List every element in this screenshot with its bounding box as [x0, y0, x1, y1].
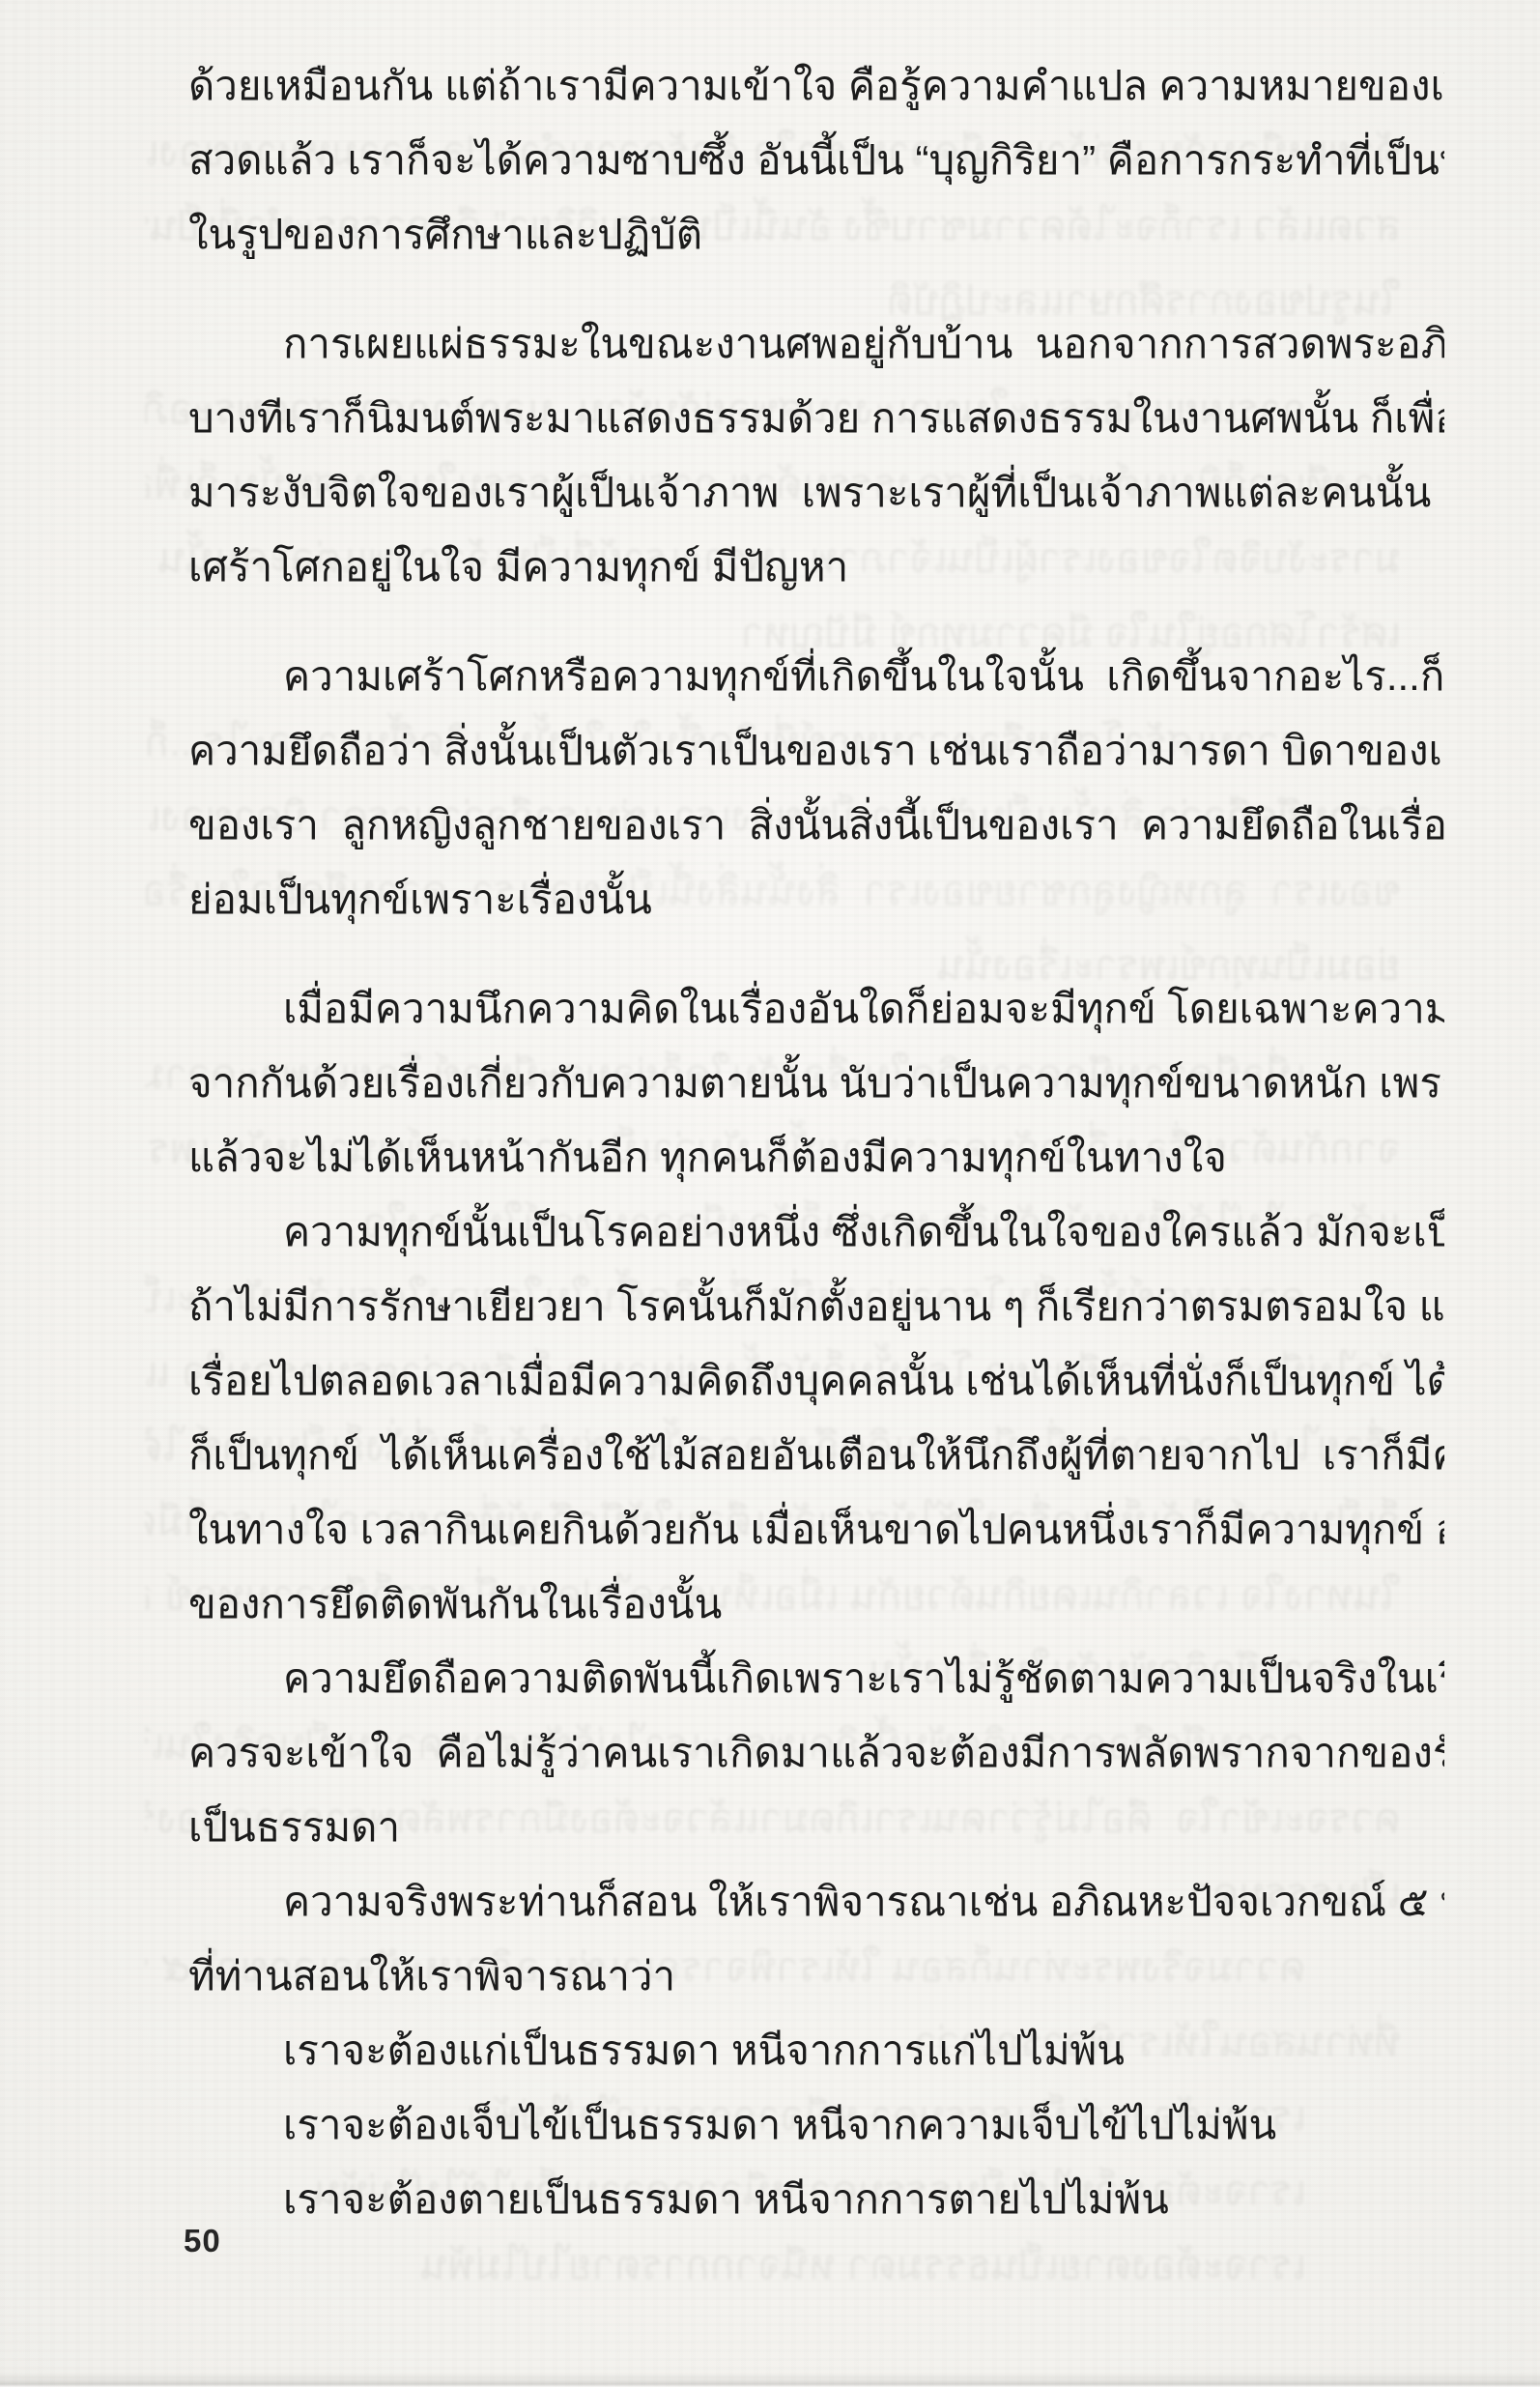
text-line: เศร้าโศกอยู่ในใจ มีความทุกข์ มีปัญหา	[188, 530, 1444, 604]
text-line: ในทางใจ เวลากินเคยกินด้วยกัน เมื่อเห็นขา…	[188, 1492, 1444, 1567]
paragraph: ความทุกข์นั้นเป็นโรคอย่างหนึ่ง ซึ่งเกิดข…	[188, 1194, 1444, 1641]
text-line: การเผยแผ่ธรรมะในขณะงานศพอยู่กับบ้าน นอกจ…	[188, 306, 1444, 381]
paragraph: เราจะต้องตายเป็นธรรมดา หนีจากการตายไปไม่…	[145, 2228, 1401, 2302]
text-line: ด้วยเหมือนกัน แต่ถ้าเรามีความเข้าใจ คือร…	[188, 48, 1444, 123]
paragraph: ความเศร้าโศกหรือความทุกข์ที่เกิดขึ้นในใจ…	[188, 639, 1444, 936]
paragraph: เราจะต้องเจ็บไข้เป็นธรรมดา หนีจากความเจ็…	[188, 2087, 1444, 2162]
text-line: ควรจะเข้าใจ คือไม่รู้ว่าคนเราเกิดมาแล้วจ…	[188, 1715, 1444, 1790]
paragraph: ความยึดถือความติดพันนี้เกิดเพราะเราไม่รู…	[188, 1641, 1444, 1864]
paragraph: เมื่อมีความนึกความคิดในเรื่องอันใดก็ย่อม…	[188, 971, 1444, 1194]
text-line: ความทุกข์นั้นเป็นโรคอย่างหนึ่ง ซึ่งเกิดข…	[188, 1194, 1444, 1269]
text-line: เราจะต้องตายเป็นธรรมดา หนีจากการตายไปไม่…	[188, 2162, 1444, 2236]
paragraph: เราจะต้องตายเป็นธรรมดา หนีจากการตายไปไม่…	[188, 2162, 1444, 2236]
text-line: ของเรา ลูกหญิงลูกชายของเรา สิ่งนั้นสิ่งน…	[188, 788, 1444, 862]
text-line: ความยึดถือความติดพันนี้เกิดเพราะเราไม่รู…	[188, 1641, 1444, 1715]
text-block: ด้วยเหมือนกัน แต่ถ้าเรามีความเข้าใจ คือร…	[188, 48, 1444, 2236]
text-line: ความจริงพระท่านก็สอน ให้เราพิจารณาเช่น อ…	[188, 1864, 1444, 1939]
scan-edge-bottom	[0, 2372, 1540, 2387]
text-line: สวดแล้ว เราก็จะได้ความซาบซึ้ง อันนี้เป็น…	[188, 123, 1444, 197]
text-line: ของการยึดติดพันกันในเรื่องนั้น	[188, 1567, 1444, 1641]
text-line: เราจะต้องเจ็บไข้เป็นธรรมดา หนีจากความเจ็…	[188, 2087, 1444, 2162]
paragraph: ความจริงพระท่านก็สอน ให้เราพิจารณาเช่น อ…	[188, 1864, 1444, 2013]
text-line: แล้วจะไม่ได้เห็นหน้ากันอีก ทุกคนก็ต้องมี…	[188, 1120, 1444, 1194]
text-line: มาระงับจิตใจของเราผู้เป็นเจ้าภาพ เพราะเร…	[188, 455, 1444, 530]
page-number: 50	[184, 2223, 221, 2259]
text-line: ย่อมเป็นทุกข์เพราะเรื่องนั้น	[188, 862, 1444, 936]
text-line: ที่ท่านสอนให้เราพิจารณาว่า	[188, 1939, 1444, 2013]
text-line: ความยึดถือว่า สิ่งนั้นเป็นตัวเราเป็นของเ…	[188, 713, 1444, 788]
text-line: บางทีเราก็นิมนต์พระมาแสดงธรรมด้วย การแสด…	[188, 381, 1444, 455]
text-line: เป็นธรรมดา	[188, 1790, 1444, 1864]
scanned-book-page: ด้วยเหมือนกัน แต่ถ้าเรามีความเข้าใจ คือร…	[0, 0, 1540, 2387]
paragraph: เราจะต้องแก่เป็นธรรมดา หนีจากการแก่ไปไม่…	[188, 2013, 1444, 2087]
text-line: เมื่อมีความนึกความคิดในเรื่องอันใดก็ย่อม…	[188, 971, 1444, 1046]
text-line: ความเศร้าโศกหรือความทุกข์ที่เกิดขึ้นในใจ…	[188, 639, 1444, 713]
text-line: ถ้าไม่มีการรักษาเยียวยา โรคนั้นก็มักตั้ง…	[188, 1269, 1444, 1343]
text-line: เราจะต้องแก่เป็นธรรมดา หนีจากการแก่ไปไม่…	[188, 2013, 1444, 2087]
text-line: เรื่อยไปตลอดเวลาเมื่อมีความคิดถึงบุคคลนั…	[188, 1343, 1444, 1418]
paragraph: การเผยแผ่ธรรมะในขณะงานศพอยู่กับบ้าน นอกจ…	[188, 306, 1444, 604]
text-line: จากกันด้วยเรื่องเกี่ยวกับความตายนั้น นับ…	[188, 1046, 1444, 1120]
text-line: ในรูปของการศึกษาและปฏิบัติ	[188, 197, 1444, 272]
paragraph: ด้วยเหมือนกัน แต่ถ้าเรามีความเข้าใจ คือร…	[188, 48, 1444, 272]
text-line: ก็เป็นทุกข์ ได้เห็นเครื่องใช้ไม้สอยอันเต…	[188, 1418, 1444, 1492]
